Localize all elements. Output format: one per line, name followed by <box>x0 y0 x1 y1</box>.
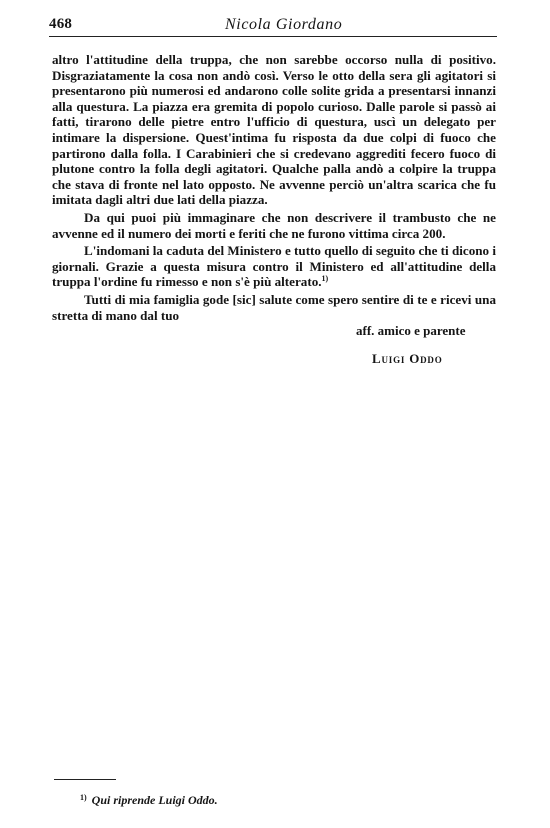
page-number: 468 <box>49 16 72 33</box>
signature: Luigi Oddo <box>372 351 443 367</box>
footnote-rule <box>54 779 116 780</box>
footnote-marker: 1) <box>80 793 87 802</box>
paragraph-indomani: L'indomani la caduta del Ministero e tut… <box>52 243 496 290</box>
header-rule <box>49 36 497 37</box>
footnote: 1)Qui riprende Luigi Oddo. <box>80 793 218 808</box>
footnote-reference: 1) <box>322 274 329 283</box>
footnote-text: Qui riprende Luigi Oddo. <box>92 793 218 807</box>
closing-salutation: aff. amico e parente <box>356 323 466 339</box>
paragraph-indomani-text: L'indomani la caduta del Ministero e tut… <box>52 243 496 289</box>
paragraph-continuation: altro l'attitudine della truppa, che non… <box>52 52 496 208</box>
paragraph-greetings: Tutti di mia famiglia gode [sic] salute … <box>52 292 496 323</box>
paragraph-trambusto: Da qui puoi più immaginare che non descr… <box>52 210 496 241</box>
running-head: 468 Nicola Giordano <box>49 14 497 38</box>
running-title: Nicola Giordano <box>225 16 342 34</box>
document-page: 468 Nicola Giordano altro l'attitudine d… <box>0 0 550 828</box>
letter-body: altro l'attitudine della truppa, che non… <box>52 52 496 323</box>
